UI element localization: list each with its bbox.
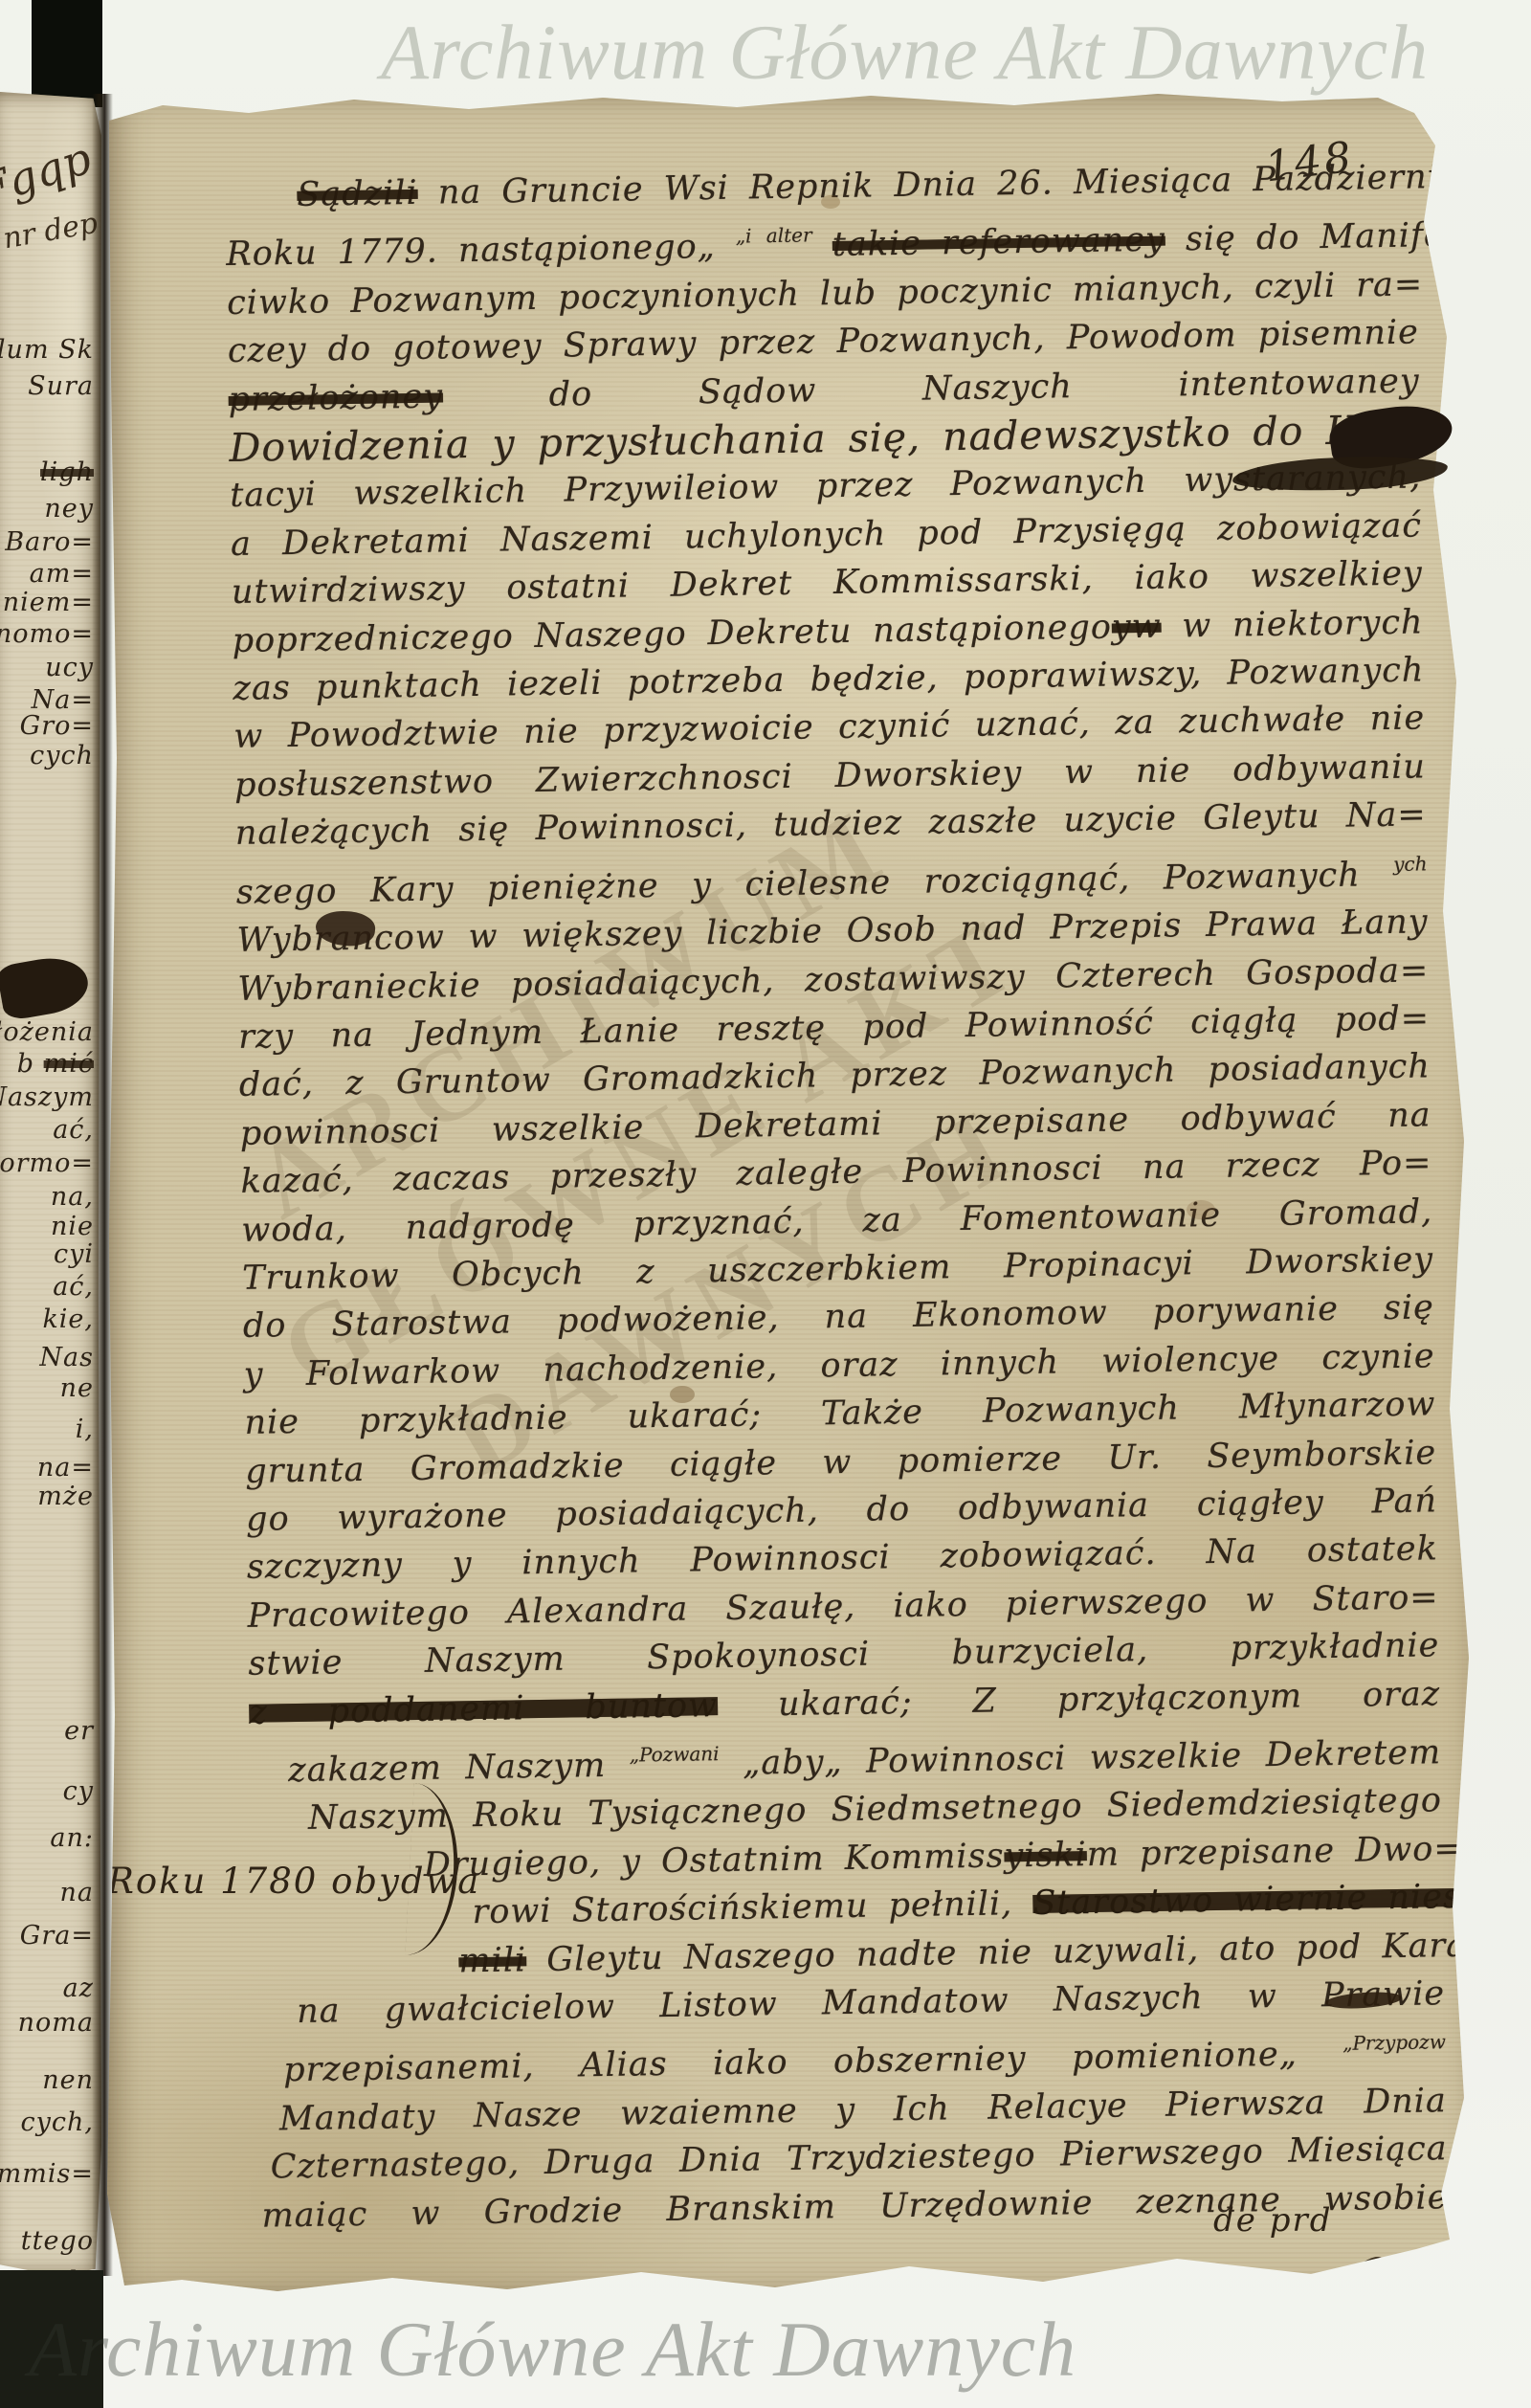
left-page-fragment: cyi xyxy=(54,1239,94,1269)
struck-text: przełożoney xyxy=(228,377,443,419)
margin-note: Roku 1780 obydwa xyxy=(107,1861,433,1902)
struck-text: mić xyxy=(44,1049,94,1079)
struck-text: yiski xyxy=(1004,1836,1087,1875)
paper-stain xyxy=(1187,1200,1215,1219)
left-page-fragment: ucy xyxy=(45,653,94,682)
left-page-fragment: nie xyxy=(51,1212,94,1241)
left-page-fragment: kie, xyxy=(42,1304,94,1334)
struck-text: Sądzili xyxy=(297,174,418,214)
left-page-fragment: Sura xyxy=(28,371,94,401)
left-page-fragment: Gro= xyxy=(20,711,94,741)
left-page-fragment: b mić xyxy=(17,1049,94,1079)
left-page-fragment: cych xyxy=(30,741,94,770)
paper-stain xyxy=(821,195,840,209)
left-page-fragment: na, xyxy=(51,1182,94,1212)
left-page-fragment: Baro= xyxy=(5,527,94,557)
left-page-fragment: az xyxy=(63,1973,94,2003)
pen-flourish-icon xyxy=(1239,2247,1402,2319)
left-page-fragment: mże xyxy=(37,1482,94,1511)
left-page-fragment: mmis= xyxy=(0,2159,94,2189)
left-page-fragment: Naszym xyxy=(0,1082,94,1112)
interlinear-insertion: ych xyxy=(1393,852,1428,876)
manuscript-page: ARCHIWUM GŁÓWNE AKT DAWNYCH 148 Sądzili … xyxy=(105,88,1483,2307)
interlinear-insertion: „i alter xyxy=(736,224,812,248)
left-page-fragment: noma xyxy=(18,2008,94,2038)
left-page-fragment: am= xyxy=(30,559,94,589)
left-page-fragment: ttego xyxy=(21,2226,94,2256)
left-page-fragment: cy xyxy=(63,1776,94,1806)
struck-text: yw xyxy=(1112,607,1162,646)
interlinear-insertion: „Pozwani xyxy=(629,1742,719,1766)
left-page-fragment: cych, xyxy=(21,2107,94,2137)
struck-text: ligh xyxy=(40,457,94,487)
struck-text: z poddanemi buntow xyxy=(249,1686,718,1732)
registration-scribble: nr dep xyxy=(0,207,100,256)
left-page-fragment: łożenia xyxy=(0,1017,94,1047)
left-page-fragment: na= xyxy=(37,1453,94,1483)
left-page-fragment: nen xyxy=(42,2065,94,2095)
left-page-fragment: ney xyxy=(44,494,94,524)
paper-stain xyxy=(670,1386,695,1403)
archive-watermark-top: Archiwum Główne Akt Dawnych xyxy=(381,8,1429,98)
archive-watermark-bottom: Archiwum Główne Akt Dawnych xyxy=(29,2305,1076,2395)
left-page-fragment: ligh xyxy=(40,457,94,487)
binding-tape-top xyxy=(32,0,102,107)
archive-scan: Archiwum Główne Akt Dawnych lum SkSurali… xyxy=(0,0,1531,2408)
left-page-fragment: Nas xyxy=(39,1343,94,1372)
catchword: de prd xyxy=(1213,2201,1332,2240)
registration-scribble: Fgqp xyxy=(0,132,97,217)
left-page-edge: lum SkSuralighneyBaro=am=niem=nomo=ucyNa… xyxy=(0,92,101,2278)
left-page-fragment: Gra= xyxy=(20,1921,94,1951)
left-page-fragment: niem= xyxy=(3,588,94,617)
struck-text: Starostwo wiernie niesz xyxy=(1032,1878,1479,1923)
interlinear-insertion: „Przypozw xyxy=(1342,2031,1446,2056)
left-page-fragment: an: xyxy=(50,1823,94,1853)
left-page-fragment: ormo= xyxy=(0,1148,94,1178)
left-page-fragment: ać, xyxy=(53,1272,94,1302)
struck-text: takie referowaney xyxy=(832,221,1166,264)
left-page-fragment: na xyxy=(60,1878,95,1907)
page-gutter-shadow xyxy=(92,94,113,2276)
left-page-fragment: ne xyxy=(60,1373,94,1403)
struck-text: mili xyxy=(458,1941,526,1980)
left-page-fragment: er xyxy=(64,1716,94,1746)
binding-tape-bottom xyxy=(0,2270,103,2408)
left-page-fragment: lum Sk xyxy=(0,335,94,365)
left-page-fragment: nomo= xyxy=(0,619,94,649)
left-page-fragment: ać, xyxy=(53,1115,94,1145)
